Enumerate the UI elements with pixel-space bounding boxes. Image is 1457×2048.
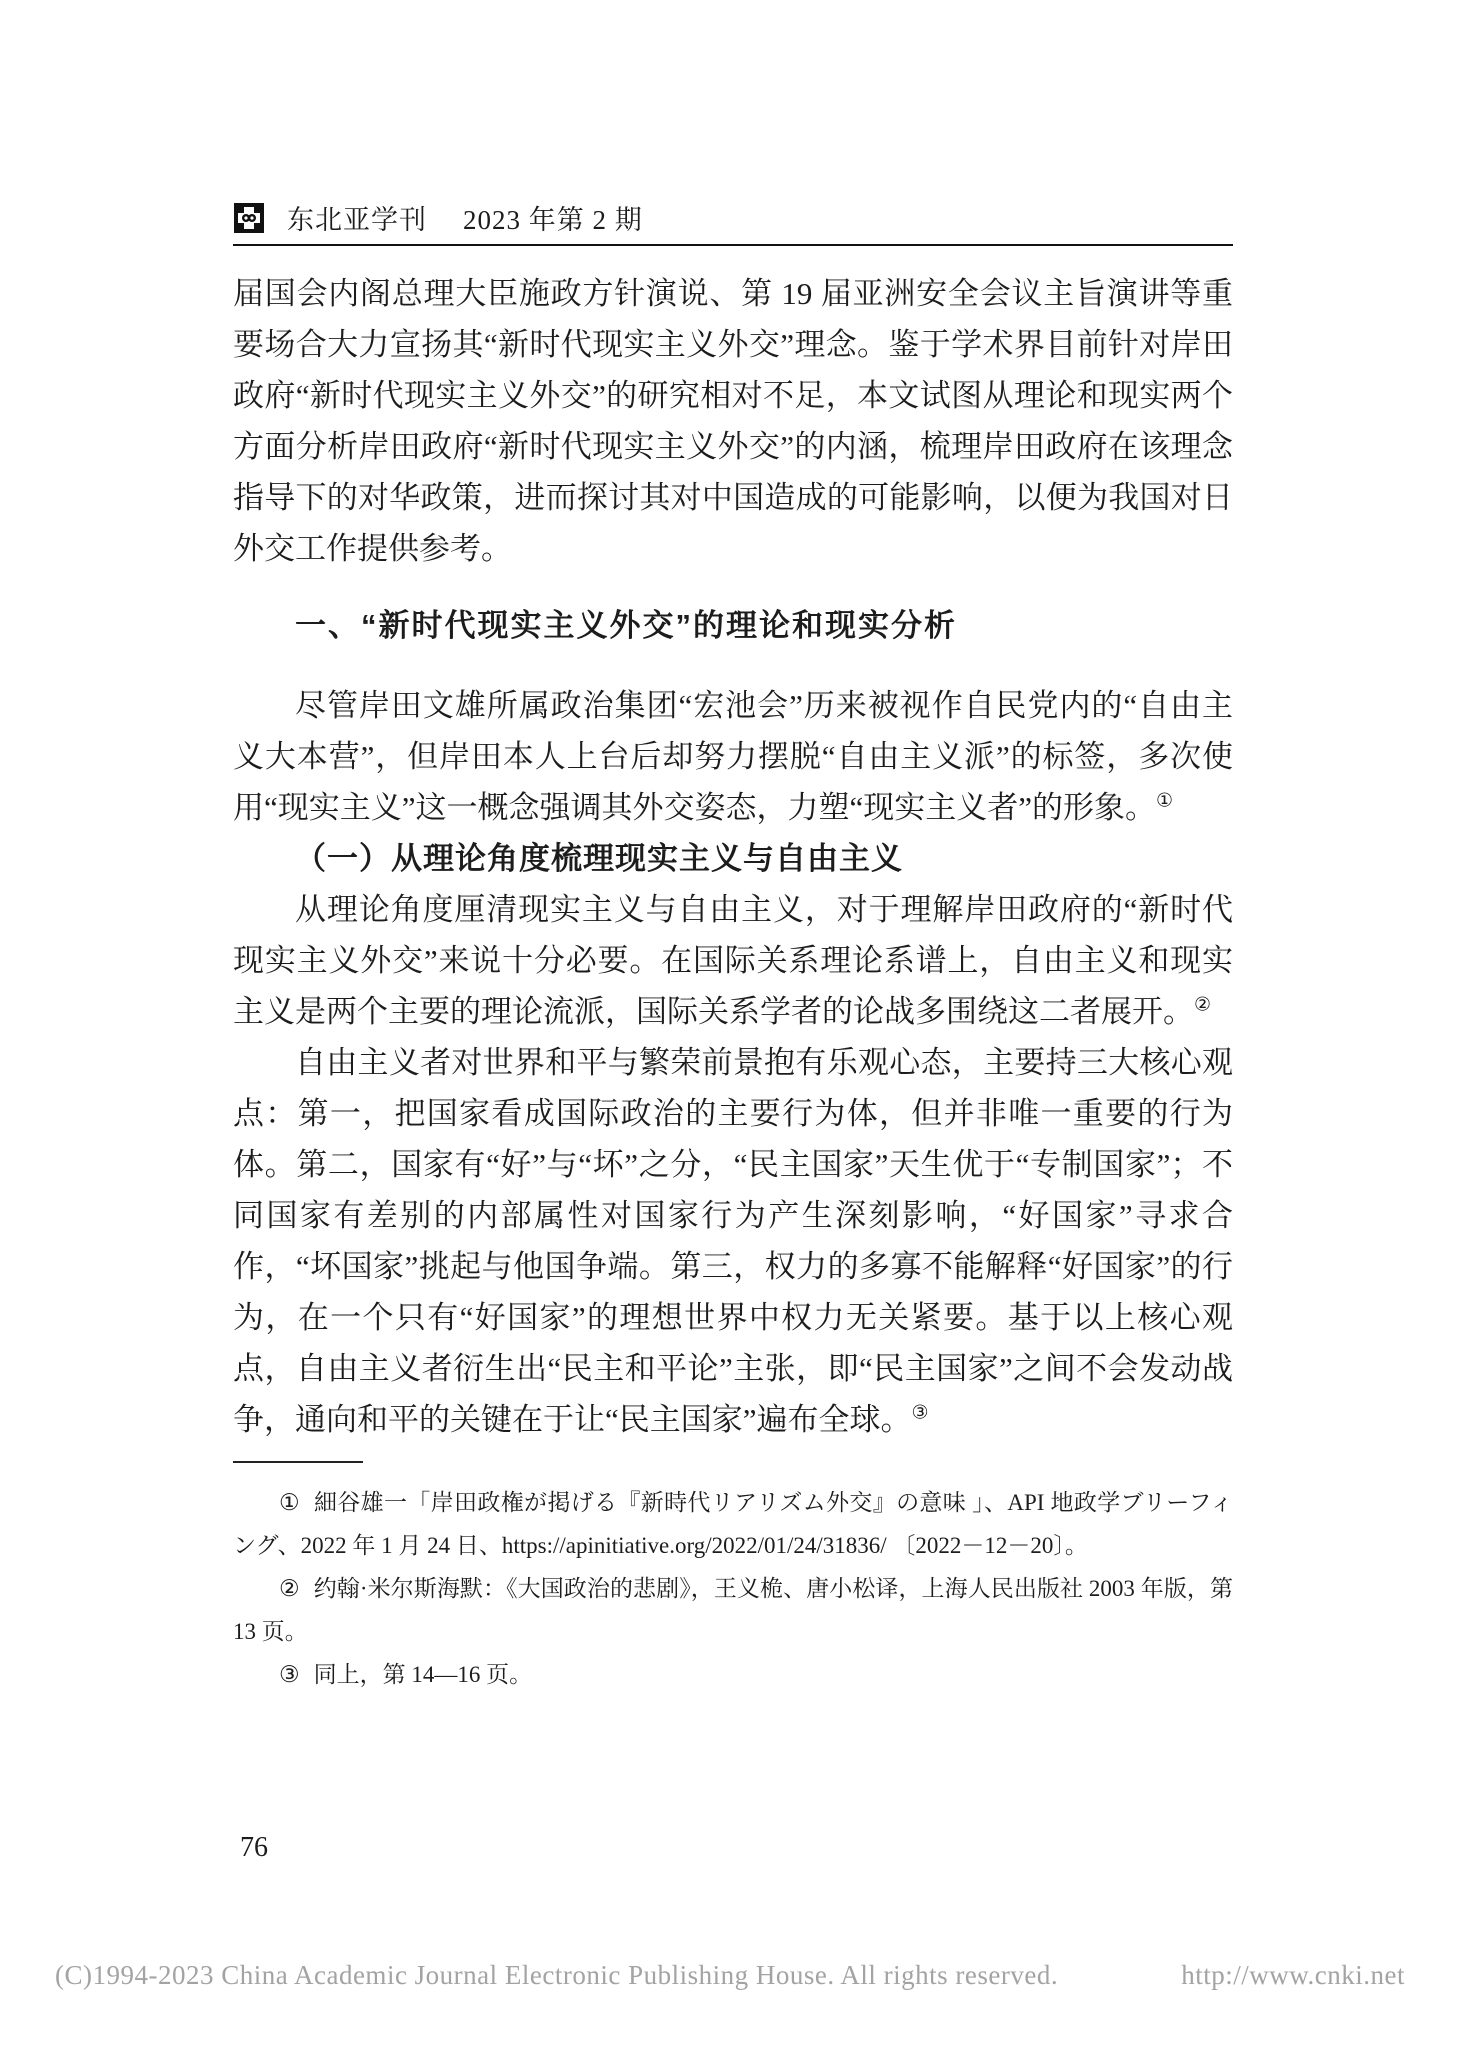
- footnote-ref-2: ②: [1194, 995, 1211, 1016]
- journal-logo-icon: [233, 202, 265, 234]
- paragraph-text: 届国会内阁总理大臣施政方针演说、第 19 届亚洲安全会议主旨演讲等重要场合大力宣…: [233, 276, 1233, 566]
- footnote-marker: ②: [279, 1576, 300, 1601]
- header-divider: [233, 244, 1233, 246]
- section-heading: 一、“新时代现实主义外交”的理论和现实分析: [233, 600, 1233, 651]
- footnote-item: ①細谷雄一「岸田政権が掲げる『新時代リアリズム外交』の意味 」、API 地政学ブ…: [233, 1481, 1233, 1567]
- cnki-url: http://www.cnki.net: [1181, 1960, 1405, 1991]
- journal-name: 东北亚学刊: [287, 198, 427, 237]
- footnote-item: ②约翰·米尔斯海默：《大国政治的悲剧》，王义桅、唐小松译，上海人民出版社 200…: [233, 1567, 1233, 1653]
- paragraph-text: 尽管岸田文雄所属政治集团“宏池会”历来被视作自民党内的“自由主义大本营”，但岸田…: [233, 688, 1233, 825]
- paragraph: 从理论角度厘清现实主义与自由主义，对于理解岸田政府的“新时代现实主义外交”来说十…: [233, 884, 1233, 1037]
- paragraph: 自由主义者对世界和平与繁荣前景抱有乐观心态，主要持三大核心观点：第一，把国家看成…: [233, 1037, 1233, 1445]
- footnote-text: 細谷雄一「岸田政権が掲げる『新時代リアリズム外交』の意味 」、API 地政学ブリ…: [233, 1490, 1233, 1558]
- footnotes: ①細谷雄一「岸田政権が掲げる『新時代リアリズム外交』の意味 」、API 地政学ブ…: [233, 1481, 1233, 1696]
- footnote-divider: [233, 1461, 363, 1463]
- copyright-text: (C)1994-2023 China Academic Journal Elec…: [55, 1960, 1058, 1991]
- paragraph-text: 从理论角度厘清现实主义与自由主义，对于理解岸田政府的“新时代现实主义外交”来说十…: [233, 892, 1233, 1029]
- scan-footer: (C)1994-2023 China Academic Journal Elec…: [55, 1960, 1405, 1991]
- journal-issue: 2023 年第 2 期: [463, 198, 643, 237]
- footnote-item: ③同上，第 14—16 页。: [233, 1653, 1233, 1696]
- subsection-heading: （一）从理论角度梳理现实主义与自由主义: [233, 833, 1233, 884]
- footnote-ref-3: ③: [912, 1403, 929, 1424]
- paragraph: 届国会内阁总理大臣施政方针演说、第 19 届亚洲安全会议主旨演讲等重要场合大力宣…: [233, 268, 1233, 574]
- article-body: 届国会内阁总理大臣施政方针演说、第 19 届亚洲安全会议主旨演讲等重要场合大力宣…: [233, 268, 1233, 1696]
- paragraph: 尽管岸田文雄所属政治集团“宏池会”历来被视作自民党内的“自由主义大本营”，但岸田…: [233, 680, 1233, 833]
- paragraph-text: 自由主义者对世界和平与繁荣前景抱有乐观心态，主要持三大核心观点：第一，把国家看成…: [233, 1045, 1233, 1437]
- footnote-text: 同上，第 14—16 页。: [314, 1662, 533, 1687]
- page-number: 76: [240, 1832, 268, 1864]
- footnote-ref-1: ①: [1156, 791, 1173, 812]
- journal-page: 东北亚学刊 2023 年第 2 期 届国会内阁总理大臣施政方针演说、第 19 届…: [0, 0, 1457, 2048]
- footnote-marker: ①: [279, 1490, 300, 1515]
- footnote-text: 约翰·米尔斯海默：《大国政治的悲剧》，王义桅、唐小松译，上海人民出版社 2003…: [233, 1576, 1233, 1644]
- journal-header: 东北亚学刊 2023 年第 2 期: [233, 198, 1233, 237]
- footnote-marker: ③: [279, 1662, 300, 1687]
